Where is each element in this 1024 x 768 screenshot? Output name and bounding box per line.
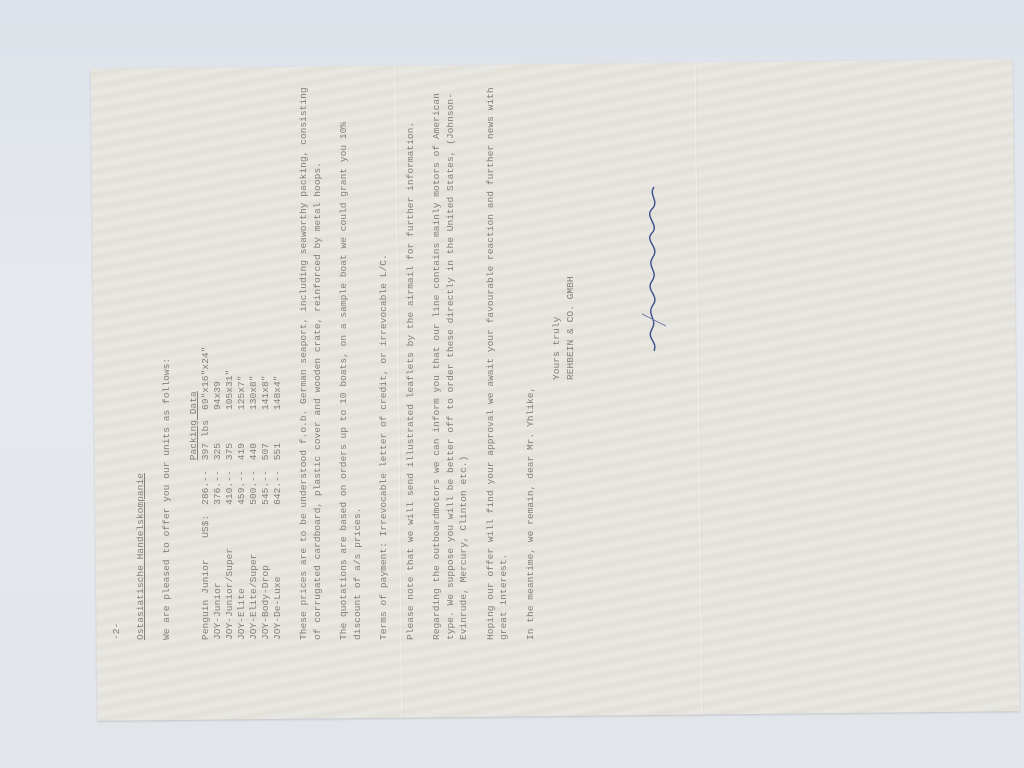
cell-product: JOY-Elite/Super	[248, 538, 260, 640]
cell-dims: 125x7"	[236, 337, 248, 410]
cell-price: 545.--	[260, 460, 272, 505]
cell-product: JOY-De-Luxe	[272, 538, 284, 640]
cell-currency	[236, 505, 248, 538]
cell-weight: 551	[272, 410, 284, 460]
cell-product: Penguin Junior	[200, 538, 212, 640]
cell-weight: 375	[224, 410, 236, 460]
letter-heading: Ostasiatische Handelskompanie	[134, 80, 148, 640]
cell-dims: 148x4"	[272, 337, 284, 410]
paragraph-fob: These prices are to be understood f.o.b.…	[297, 80, 324, 640]
cell-weight: 325	[212, 410, 224, 460]
cell-weight: 507	[260, 410, 272, 460]
cell-dims: 94x39	[212, 337, 224, 410]
cell-price: 500.--	[248, 460, 260, 505]
cell-weight: 440	[248, 410, 260, 460]
cell-dims: 130x8"	[248, 337, 260, 410]
price-table: Packing Data Penguin JuniorUS$:286.--397…	[187, 337, 285, 640]
cell-product: JOY-Body-Drop	[260, 538, 272, 640]
cell-weight: 419	[236, 410, 248, 460]
cell-currency	[224, 505, 236, 538]
cell-price: 459.--	[236, 460, 248, 505]
table-row: JOY-Elite459.--419125x7"	[236, 337, 248, 640]
paragraph-quotation: The quotations are based on orders up to…	[337, 80, 364, 640]
paragraph-hoping: Hoping our offer will find your approval…	[484, 80, 511, 640]
table-row: JOY-Junior/Super410.--375105x31"	[224, 337, 236, 640]
page-number: -2-	[110, 80, 124, 640]
paragraph-payment: Terms of payment: Irrevocable letter of …	[377, 80, 391, 640]
paragraph-outboard: Regarding the outboardmotors we can info…	[430, 80, 471, 640]
closing: Yours truly	[550, 80, 564, 380]
cell-dims: 105x31"	[224, 337, 236, 410]
cell-price: 410.--	[224, 460, 236, 505]
letter-body: -2- Ostasiatische Handelskompanie We are…	[110, 80, 577, 640]
cell-currency	[260, 505, 272, 538]
cell-currency	[272, 505, 284, 538]
cell-dims: 69"x16"x24"	[200, 337, 212, 410]
cell-currency	[248, 505, 260, 538]
table-row: JOY-Junior376.--32594x39	[212, 337, 224, 640]
packing-data-header: Packing Data	[187, 337, 201, 461]
table-row: JOY-Body-Drop545.--507141x8"	[260, 337, 272, 640]
cell-price: 376.--	[212, 460, 224, 505]
paper-fold	[695, 62, 704, 714]
paragraph-leaflets: Please note that we will send illustrate…	[404, 80, 418, 640]
cell-weight: 397 lbs	[200, 410, 212, 460]
cell-dims: 141x8"	[260, 337, 272, 410]
cell-price: 286.--	[200, 460, 212, 505]
intro-text: We are pleased to offer you our units as…	[160, 80, 174, 640]
cell-currency: US$:	[200, 505, 212, 538]
table-row: JOY-De-Luxe642.--551148x4"	[272, 337, 284, 640]
table-row: Penguin JuniorUS$:286.--397 lbs69"x16"x2…	[200, 337, 212, 640]
cell-product: JOY-Junior/Super	[224, 538, 236, 640]
cell-product: JOY-Elite	[236, 538, 248, 640]
company-name: REHBEIN & CO. GMBH	[564, 80, 578, 380]
paragraph-meantime: In the meantime, we remain, dear Mr. Yhl…	[524, 80, 538, 640]
cell-product: JOY-Junior	[212, 538, 224, 640]
cell-price: 642.--	[272, 460, 284, 505]
signature	[642, 185, 666, 355]
cell-currency	[212, 505, 224, 538]
table-row: JOY-Elite/Super500.--440130x8"	[248, 337, 260, 640]
